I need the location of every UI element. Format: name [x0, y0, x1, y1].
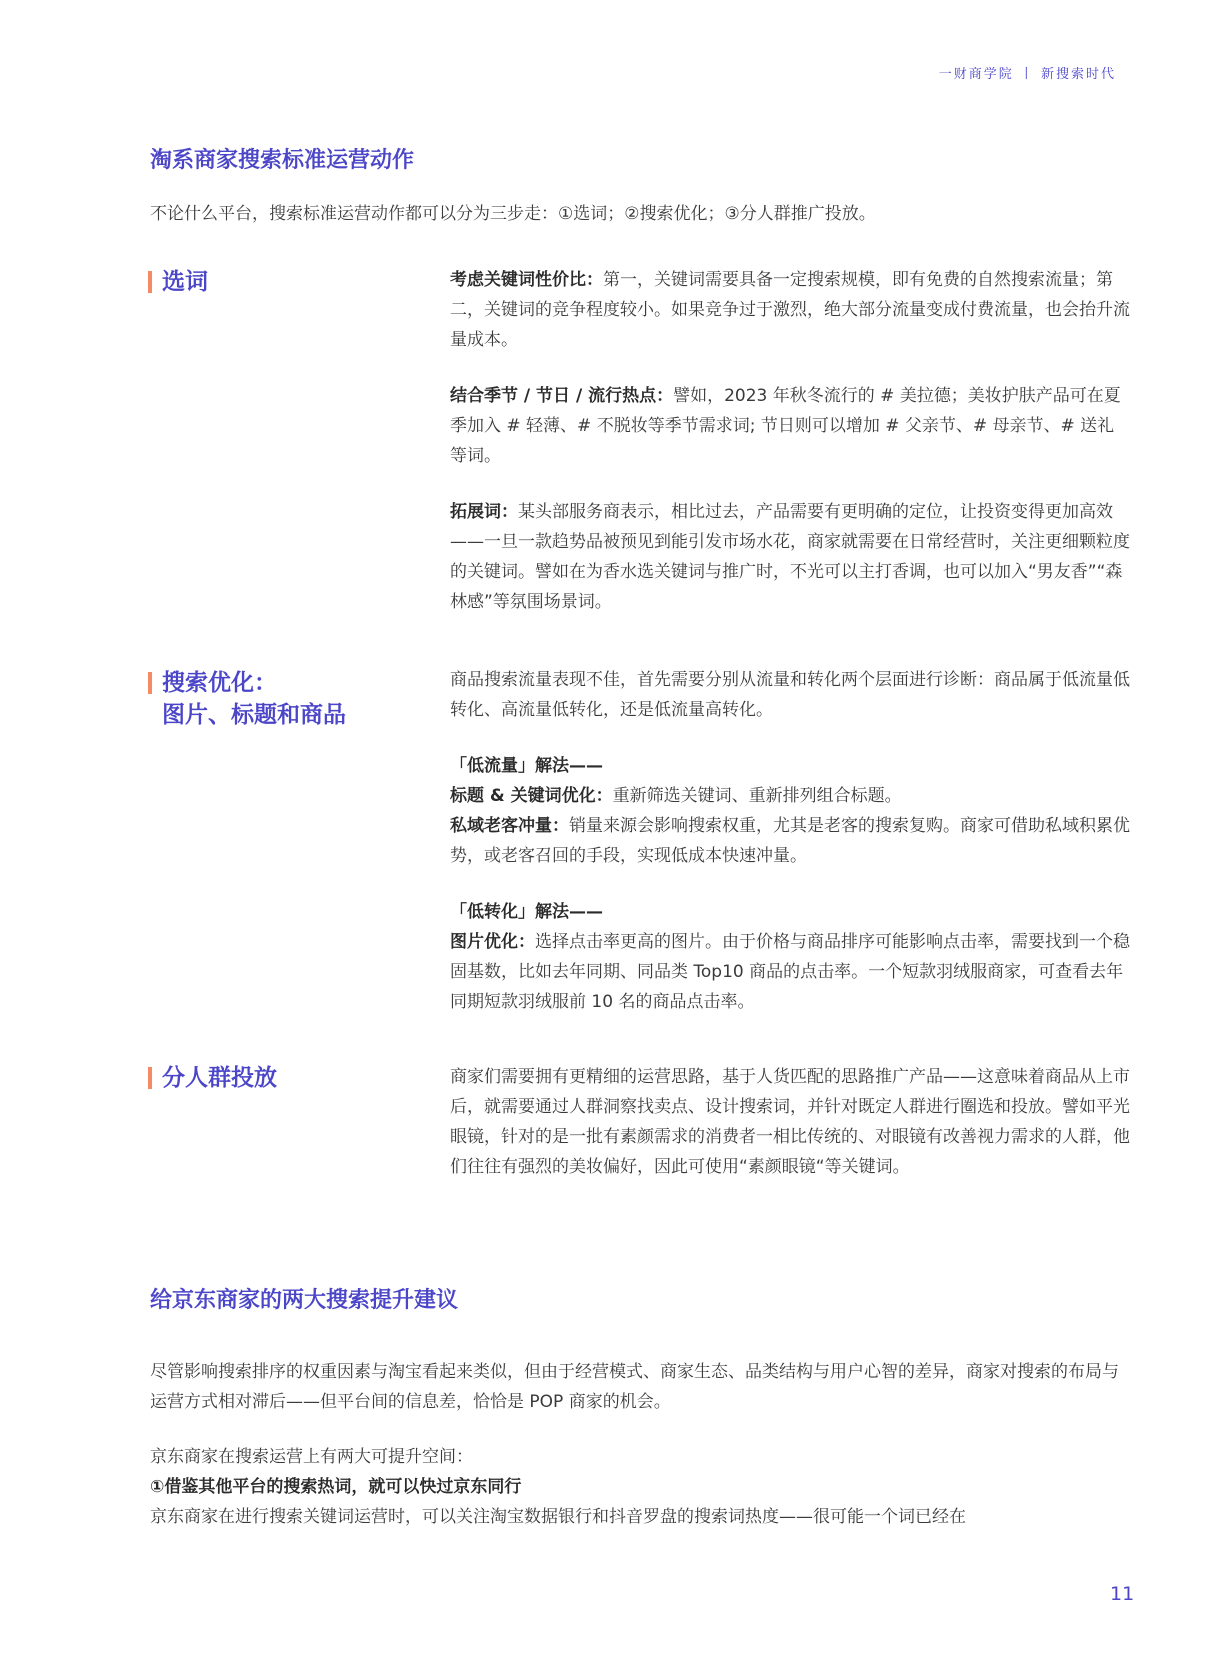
bold-lead: 结合季节 / 节日 / 流行热点： — [450, 386, 673, 406]
subheading: 「低流量」解法—— — [450, 756, 603, 776]
bold-lead: ①借鉴其他平台的搜索热词，就可以快过京东同行 — [150, 1477, 521, 1497]
paragraph-line: 京东商家在搜索运营上有两大可提升空间： — [150, 1442, 1130, 1472]
paragraph-text: 选择点击率更高的图片。由于价格与商品排序可能影响点击率，需要找到一个稳固基数，比… — [450, 932, 1130, 1012]
paragraph-text: 某头部服务商表示，相比过去，产品需要有更明确的定位，让投资变得更加高效——一旦一… — [450, 502, 1130, 612]
row-label-line2: 图片、标题和商品 — [162, 699, 346, 731]
row-body-keyword-selection: 考虑关键词性价比：第一，关键词需要具备一定搜索规模，即有免费的自然搜索流量；第二… — [450, 265, 1130, 617]
row-body-audience-targeting: 商家们需要拥有更精细的运营思路，基于人货匹配的思路推广产品——这意味着商品从上市… — [450, 1062, 1130, 1182]
row-label-line1: 搜索优化： — [162, 667, 346, 699]
accent-bar — [148, 672, 152, 694]
row-label-audience-targeting: 分人群投放 — [148, 1062, 277, 1094]
row-label-text: 选词 — [162, 269, 208, 295]
paragraph-seasonal: 结合季节 / 节日 / 流行热点：譬如，2023 年秋冬流行的 # 美拉德；美妆… — [450, 381, 1130, 471]
paragraph-line: 京东商家在进行搜索关键词运营时，可以关注淘宝数据银行和抖音罗盘的搜索词热度——很… — [150, 1502, 1130, 1532]
section-title-taobao: 淘系商家搜索标准运营动作 — [150, 143, 414, 174]
subheading: 「低转化」解法—— — [450, 902, 603, 922]
row-body-search-optimization: 商品搜索流量表现不佳，首先需要分别从流量和转化两个层面进行诊断：商品属于低流量低… — [450, 665, 1130, 1017]
page-number: 11 — [1110, 1583, 1134, 1605]
paragraph-bold-point: ①借鉴其他平台的搜索热词，就可以快过京东同行 — [150, 1472, 1130, 1502]
header-tagline: 一财商学院 丨 新搜索时代 — [939, 63, 1116, 82]
bold-lead: 图片优化： — [450, 932, 535, 952]
bold-lead: 私域老客冲量： — [450, 816, 569, 836]
paragraph-title-keyword: 标题 & 关键词优化：重新筛选关键词、重新排列组合标题。 — [450, 781, 1130, 811]
bold-lead: 标题 & 关键词优化： — [450, 786, 613, 806]
paragraph-cost-effectiveness: 考虑关键词性价比：第一，关键词需要具备一定搜索规模，即有免费的自然搜索流量；第二… — [450, 265, 1130, 355]
accent-bar — [148, 271, 152, 293]
row-label-text: 分人群投放 — [162, 1065, 277, 1091]
section-title-jd: 给京东商家的两大搜索提升建议 — [150, 1283, 458, 1314]
document-page: 一财商学院 丨 新搜索时代 淘系商家搜索标准运营动作 不论什么平台，搜索标准运营… — [0, 0, 1211, 1654]
paragraph-expansion-words: 拓展词：某头部服务商表示，相比过去，产品需要有更明确的定位，让投资变得更加高效—… — [450, 497, 1130, 617]
section1-intro: 不论什么平台，搜索标准运营动作都可以分为三步走：①选词；②搜索优化；③分人群推广… — [150, 199, 1130, 229]
section2-paragraph-1: 尽管影响搜索排序的权重因素与淘宝看起来类似，但由于经营模式、商家生态、品类结构与… — [150, 1357, 1130, 1417]
paragraph-private-domain: 私域老客冲量：销量来源会影响搜索权重，尤其是老客的搜索复购。商家可借助私域积累优… — [450, 811, 1130, 871]
row-label-search-optimization: 搜索优化： 图片、标题和商品 — [148, 667, 346, 731]
low-traffic-heading: 「低流量」解法—— — [450, 751, 1130, 781]
bold-lead: 拓展词： — [450, 502, 518, 522]
accent-bar — [148, 1067, 152, 1089]
paragraph-image-optimization: 图片优化：选择点击率更高的图片。由于价格与商品排序可能影响点击率，需要找到一个稳… — [450, 927, 1130, 1017]
low-conversion-heading: 「低转化」解法—— — [450, 897, 1130, 927]
paragraph-audience: 商家们需要拥有更精细的运营思路，基于人货匹配的思路推广产品——这意味着商品从上市… — [450, 1062, 1130, 1182]
section2-paragraph-2: 京东商家在搜索运营上有两大可提升空间： ①借鉴其他平台的搜索热词，就可以快过京东… — [150, 1442, 1130, 1532]
bold-lead: 考虑关键词性价比： — [450, 270, 603, 290]
paragraph-diagnosis: 商品搜索流量表现不佳，首先需要分别从流量和转化两个层面进行诊断：商品属于低流量低… — [450, 665, 1130, 725]
row-label-keyword-selection: 选词 — [148, 266, 208, 298]
paragraph-text: 重新筛选关键词、重新排列组合标题。 — [613, 786, 902, 806]
